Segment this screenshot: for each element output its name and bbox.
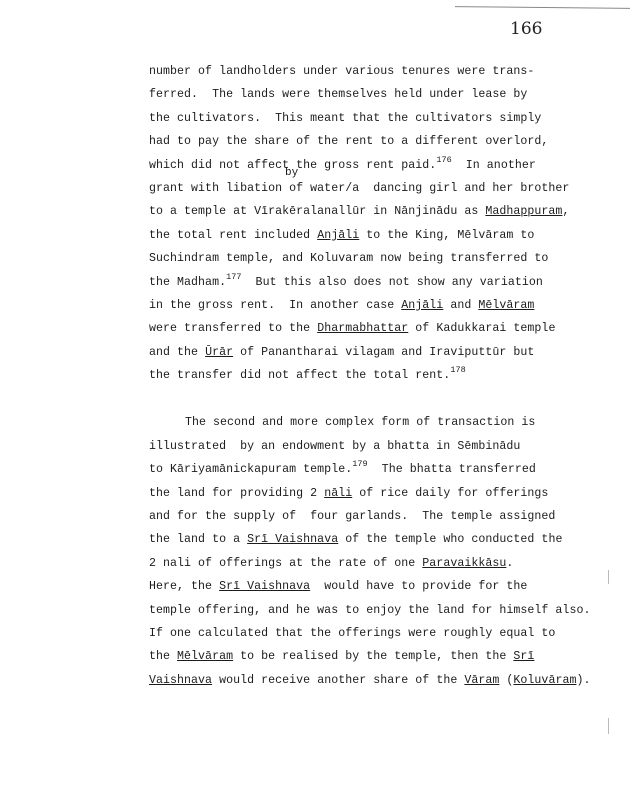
- text-span: 2 nali of offerings at the rate of one: [149, 557, 422, 570]
- term-sri-vaishnava: Srī Vaishnava: [219, 580, 310, 593]
- text-line: The second and more complex form of tran…: [149, 411, 619, 434]
- text-span: grant with libation of water/a dancing g…: [149, 182, 569, 195]
- text-line: were transferred to the Dharmabhattar of…: [149, 317, 619, 340]
- scan-edge-line: [455, 6, 630, 9]
- text-span: to a temple at Vīrakēralanallūr in Nānji…: [149, 205, 485, 218]
- term-sri-vaishnava: Srī Vaishnava: [247, 533, 338, 546]
- text-span: of the temple who conducted the: [338, 533, 562, 546]
- text-line: the total rent included Anjāli to the Ki…: [149, 224, 619, 247]
- paragraph-2: The second and more complex form of tran…: [149, 411, 619, 692]
- text-line: number of landholders under various tenu…: [149, 60, 619, 83]
- handwritten-insertion: by: [285, 168, 298, 179]
- text-span: the total rent included: [149, 229, 317, 242]
- text-span: the land for providing 2: [149, 487, 324, 500]
- text-line: and for the supply of four garlands. The…: [149, 505, 619, 528]
- text-line: Here, the Srī Vaishnava would have to pr…: [149, 575, 619, 598]
- text-span: the Madham.: [149, 276, 226, 289]
- text-span: were transferred to the: [149, 322, 317, 335]
- text-line: to Kāriyamānickapuram temple.179 The bha…: [149, 458, 619, 481]
- term-urar: Ūrār: [205, 346, 233, 359]
- page-number: 166: [510, 19, 542, 39]
- term-vaishnava: Vaishnava: [149, 674, 212, 687]
- text-span: to Kāriyamānickapuram temple.: [149, 463, 352, 476]
- paragraph-gap: [149, 387, 619, 411]
- footnote-ref-178: 178: [450, 365, 465, 375]
- text-line: the transfer did not affect the total re…: [149, 364, 619, 387]
- text-span: of rice daily for offerings: [352, 487, 548, 500]
- text-span: and the: [149, 346, 205, 359]
- text-span: of Kadukkarai temple: [408, 322, 555, 335]
- text-line: Vaishnava would receive another share of…: [149, 669, 619, 692]
- text-span: and: [443, 299, 478, 312]
- text-span: in the gross rent. In another case: [149, 299, 401, 312]
- term-nali: nāli: [324, 487, 352, 500]
- footnote-ref-177: 177: [226, 272, 241, 282]
- text-line: the land to a Srī Vaishnava of the templ…: [149, 528, 619, 551]
- text-line: and the Ūrār of Panantharai vilagam and …: [149, 341, 619, 364]
- scan-edge-mark: [608, 718, 609, 734]
- footnote-ref-179: 179: [352, 459, 367, 469]
- term-anjali: Anjāli: [401, 299, 443, 312]
- text-line: If one calculated that the offerings wer…: [149, 622, 619, 645]
- term-dharmabhattar: Dharmabhattar: [317, 322, 408, 335]
- text-line: the Mēlvāram to be realised by the templ…: [149, 645, 619, 668]
- paragraph-1: number of landholders under various tenu…: [149, 60, 619, 387]
- text-span: would receive another share of the: [212, 674, 464, 687]
- term-koluvaram: Koluvāram: [513, 674, 576, 687]
- text-line: 2 nali of offerings at the rate of one P…: [149, 552, 619, 575]
- text-line: bygrant with libation of water/a dancing…: [149, 177, 619, 200]
- term-melvaram: Mēlvāram: [177, 650, 233, 663]
- text-line: the land for providing 2 nāli of rice da…: [149, 482, 619, 505]
- text-line: to a temple at Vīrakēralanallūr in Nānji…: [149, 200, 619, 223]
- text-line: the Madham.177 But this also does not sh…: [149, 271, 619, 294]
- text-span: the land to a: [149, 533, 247, 546]
- text-span: to be realised by the temple, then the: [233, 650, 513, 663]
- term-paravaikkasu: Paravaikkāsu: [422, 557, 506, 570]
- text-span: But this also does not show any variatio…: [242, 276, 543, 289]
- text-span: the transfer did not affect the total re…: [149, 369, 450, 382]
- term-sri: Srī: [513, 650, 534, 663]
- text-line: ferred. The lands were themselves held u…: [149, 83, 619, 106]
- term-varam: Vāram: [464, 674, 499, 687]
- term-melvaram: Mēlvāram: [478, 299, 534, 312]
- text-span: In another: [452, 159, 536, 172]
- text-span: Here, the: [149, 580, 219, 593]
- text-span: ).: [576, 674, 590, 687]
- term-madhappuram: Madhappuram: [485, 205, 562, 218]
- text-line: Suchindram temple, and Koluvaram now bei…: [149, 247, 619, 270]
- text-span: ,: [562, 205, 569, 218]
- document-body: number of landholders under various tenu…: [149, 60, 619, 692]
- text-span: would have to provide for the: [310, 580, 527, 593]
- term-anjali: Anjāli: [317, 229, 359, 242]
- text-line: which did not affect the gross rent paid…: [149, 154, 619, 177]
- text-span: The bhatta transferred: [368, 463, 536, 476]
- text-line: in the gross rent. In another case Anjāl…: [149, 294, 619, 317]
- text-span: to the King, Mēlvāram to: [359, 229, 534, 242]
- text-line: had to pay the share of the rent to a di…: [149, 130, 619, 153]
- text-line: illustrated by an endowment by a bhatta …: [149, 435, 619, 458]
- text-span: of Panantharai vilagam and Iraviputtūr b…: [233, 346, 534, 359]
- text-span: .: [506, 557, 513, 570]
- text-line: the cultivators. This meant that the cul…: [149, 107, 619, 130]
- footnote-ref-176: 176: [436, 155, 451, 165]
- text-span: the: [149, 650, 177, 663]
- text-line: temple offering, and he was to enjoy the…: [149, 599, 619, 622]
- text-span: (: [499, 674, 513, 687]
